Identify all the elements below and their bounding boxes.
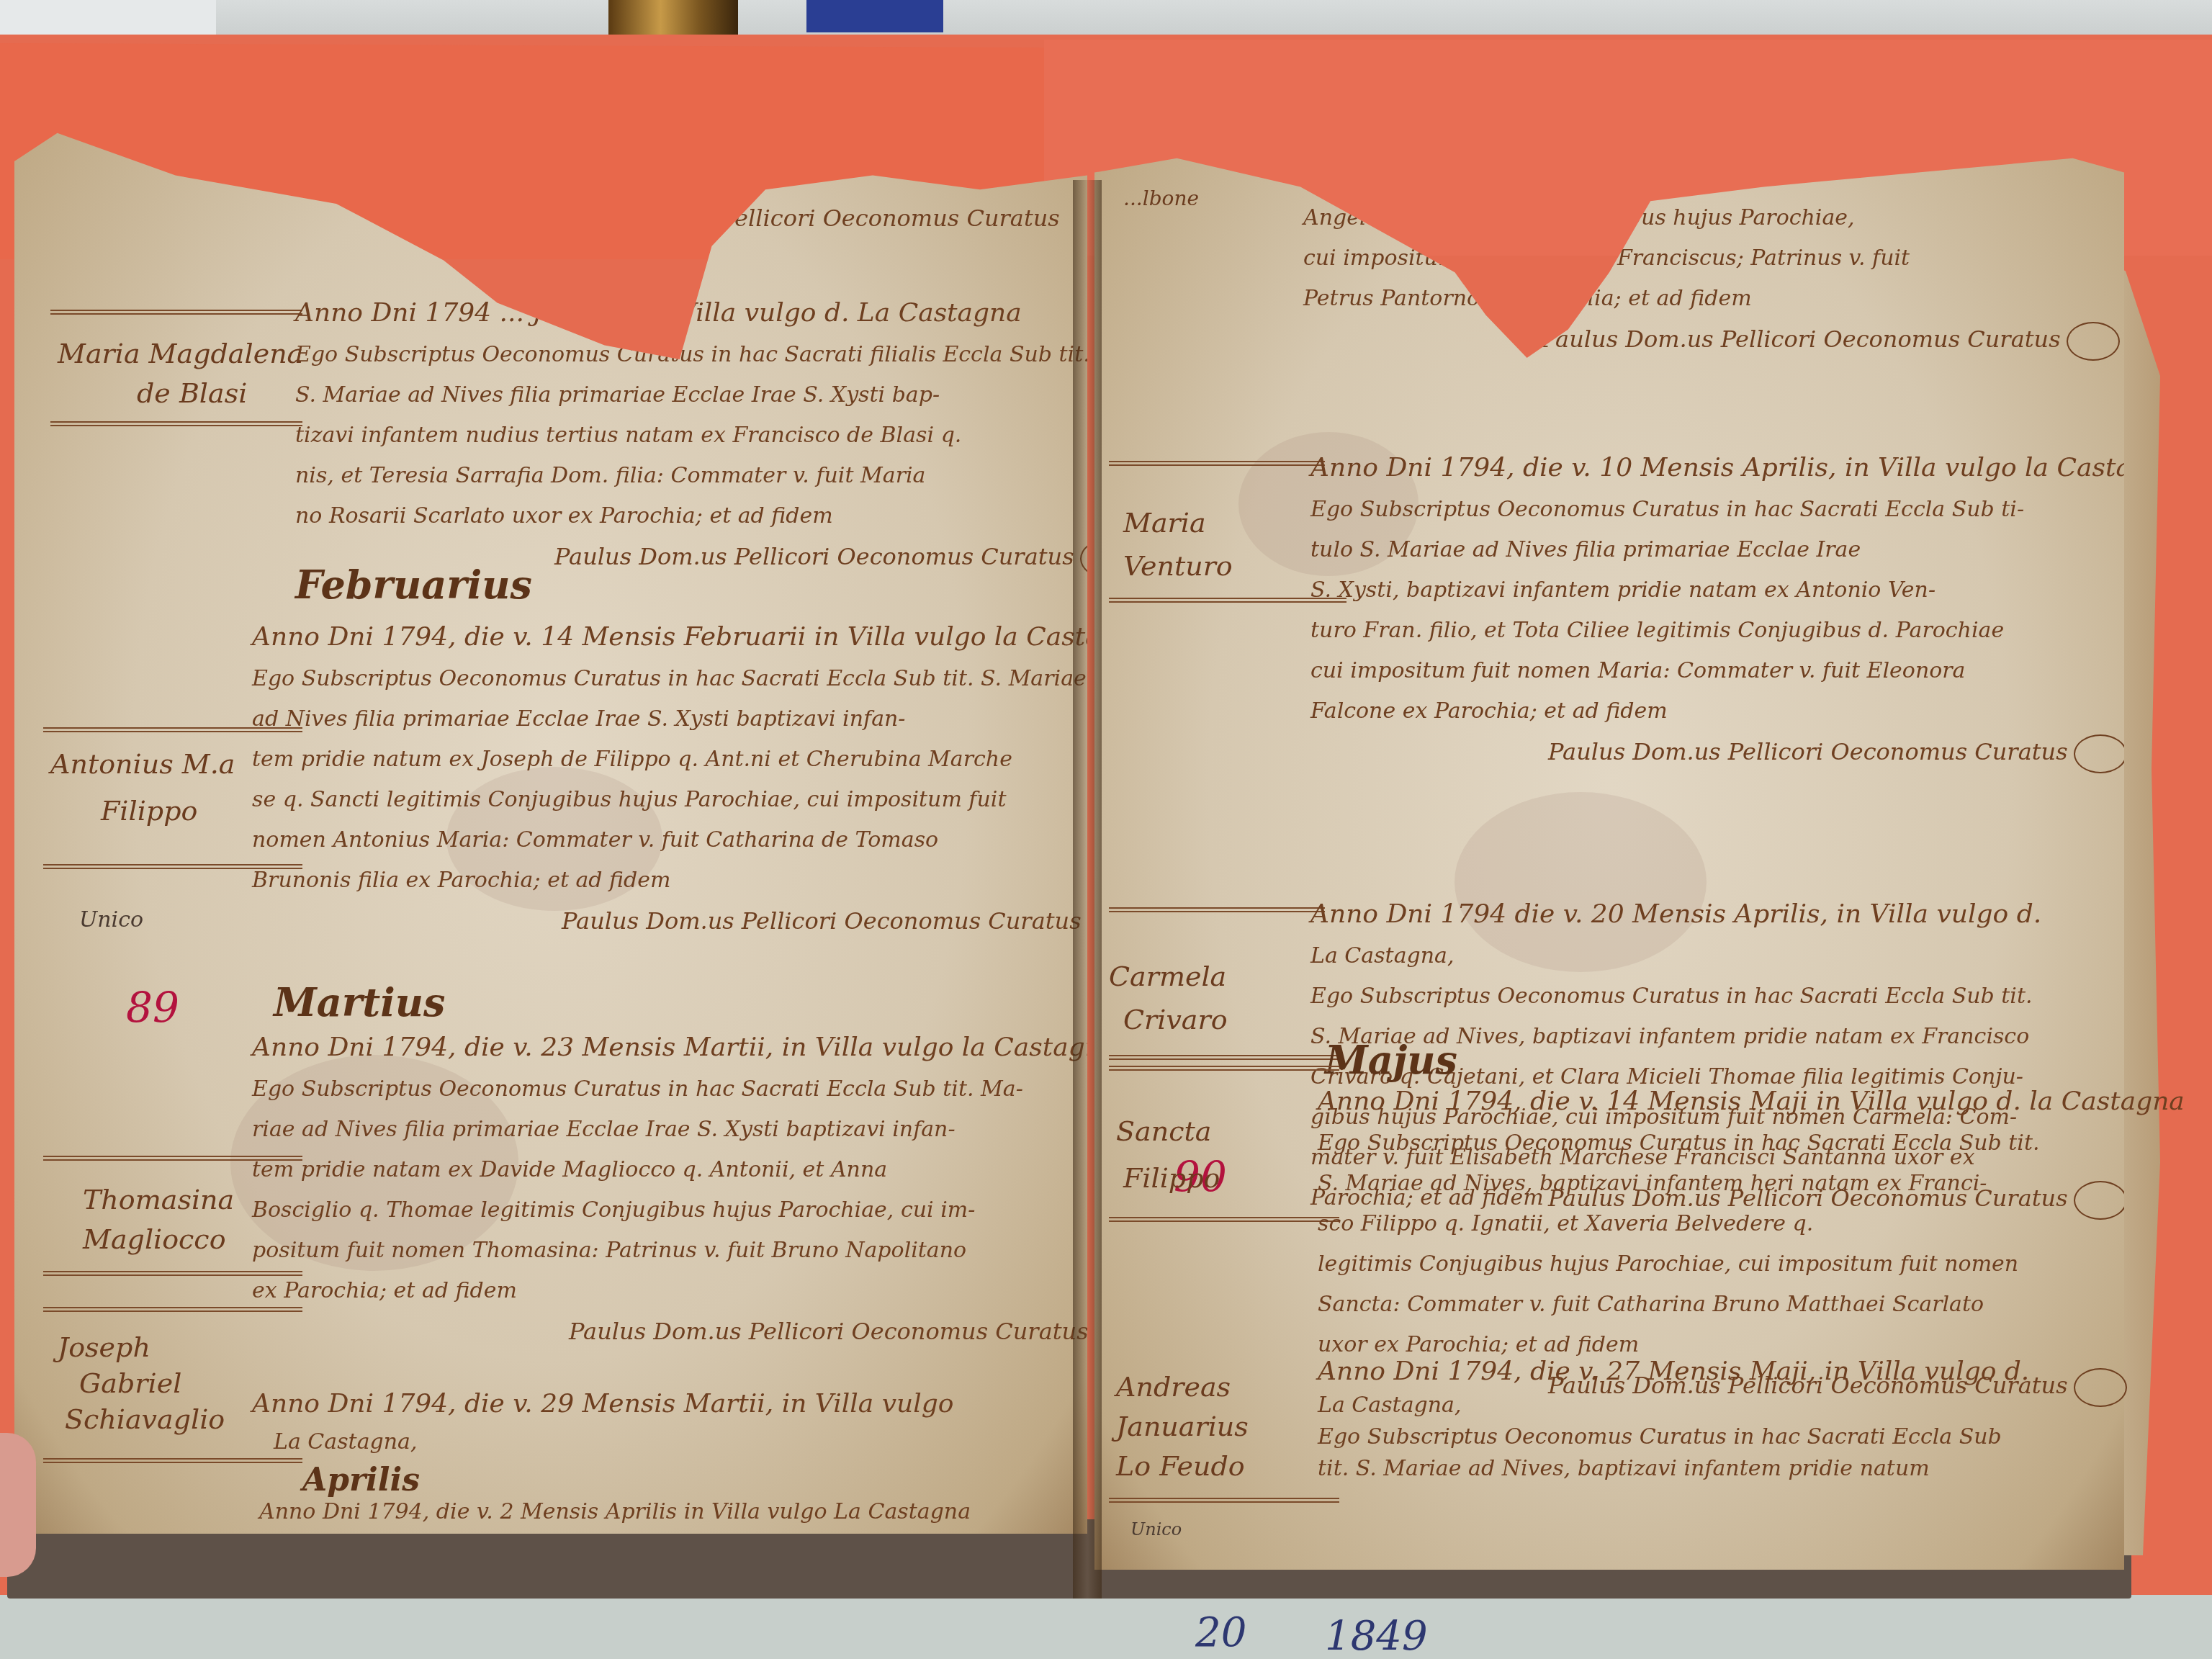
margin-name: ...lbone xyxy=(1123,180,1199,217)
margin-name: Andreas xyxy=(1116,1368,1231,1406)
entry-text: Anno Dni 1794, die v. 2 Mensis Aprilis i… xyxy=(259,1498,971,1527)
margin-note-unico: Unico xyxy=(79,907,143,932)
archive-mark: 20 xyxy=(1195,1609,1246,1656)
month-heading: Majus xyxy=(1325,1037,1457,1083)
margin-name: Thomasina xyxy=(83,1181,234,1218)
entry-text: La Castagna, xyxy=(274,1422,417,1462)
margin-rule xyxy=(1109,907,1325,912)
torn-header: Pellicori Oeconomus Curatus xyxy=(720,198,1060,238)
entry-text: Anno Dni 1794, die v. 10 Mensis Aprilis,… xyxy=(1310,446,2180,773)
margin-name: Joseph xyxy=(58,1328,150,1366)
margin-name: Schiavaglio xyxy=(65,1401,225,1438)
signature: Paulus Dom.us Pellicori Oeconomus Curatu… xyxy=(252,1311,1148,1353)
month-heading: Februarius xyxy=(295,562,532,608)
table-surface xyxy=(0,1595,2212,1659)
margin-name: Antonius M.a xyxy=(50,745,235,783)
margin-name: Maria Magdalena xyxy=(58,335,303,372)
entry-text: Anno Dni 1794, die v. 23 Mensis Martii, … xyxy=(252,1026,1148,1353)
margin-name: de Blasi xyxy=(137,374,247,412)
signature-flourish-icon xyxy=(2074,1368,2127,1407)
margin-name: Filippo xyxy=(1123,1159,1220,1197)
margin-name: Magliocco xyxy=(83,1220,226,1258)
margin-rule xyxy=(1109,1055,1339,1060)
signature: Paulus Dom.us Pellicori Oeconomus Curatu… xyxy=(1303,319,2120,361)
margin-name: Lo Feudo xyxy=(1116,1447,1245,1485)
margin-rule xyxy=(1109,1498,1339,1503)
margin-rule xyxy=(1109,461,1325,466)
signature: Paulus Dom.us Pellicori Oeconomus Curatu… xyxy=(1310,732,2180,773)
archive-mark: 1849 xyxy=(1325,1613,1428,1659)
month-heading: Martius xyxy=(274,979,445,1025)
margin-name: Gabriel xyxy=(79,1364,181,1402)
entry-text: Anno Dni 1794, die v. 14 Mensis Februari… xyxy=(252,616,1149,943)
book-gutter xyxy=(1073,180,1102,1599)
margin-rule xyxy=(1109,1217,1339,1222)
month-heading: Aprilis xyxy=(302,1462,420,1498)
margin-name: Filippo xyxy=(101,792,197,829)
margin-name: Januarius xyxy=(1116,1408,1249,1445)
margin-rule xyxy=(50,310,302,315)
margin-rule xyxy=(1109,1066,1339,1071)
margin-name: Carmela xyxy=(1109,958,1226,995)
margin-name: Crivaro xyxy=(1123,1001,1228,1038)
margin-note-unico: Unico xyxy=(1130,1519,1182,1539)
margin-rule xyxy=(43,1307,302,1312)
margin-name: Venturo xyxy=(1123,547,1233,585)
folio-number: 89 xyxy=(126,983,179,1032)
left-page: Pellicori Oeconomus Curatus Maria Magdal… xyxy=(14,119,1087,1534)
signature-flourish-icon xyxy=(2074,734,2127,773)
entry-text: Anno Dni 1794, die v. 29 Mensis Martii, … xyxy=(252,1382,953,1426)
entry-text: Anno Dni 1794 ... Januarii in Villa vulg… xyxy=(295,292,1133,578)
signature: Paulus Dom.us Pellicori Oeconomus Curatu… xyxy=(252,901,1149,943)
margin-rule xyxy=(50,421,302,426)
signature-flourish-icon xyxy=(2067,322,2120,361)
entry-text: Anno Dni 1794, die v. 27 Mensis Maji, in… xyxy=(1318,1354,2029,1485)
background-blue-object xyxy=(806,0,943,32)
margin-rule xyxy=(43,1458,302,1463)
margin-name: Sancta xyxy=(1116,1112,1211,1150)
margin-name: Maria xyxy=(1123,504,1206,541)
thumb xyxy=(0,1433,36,1577)
